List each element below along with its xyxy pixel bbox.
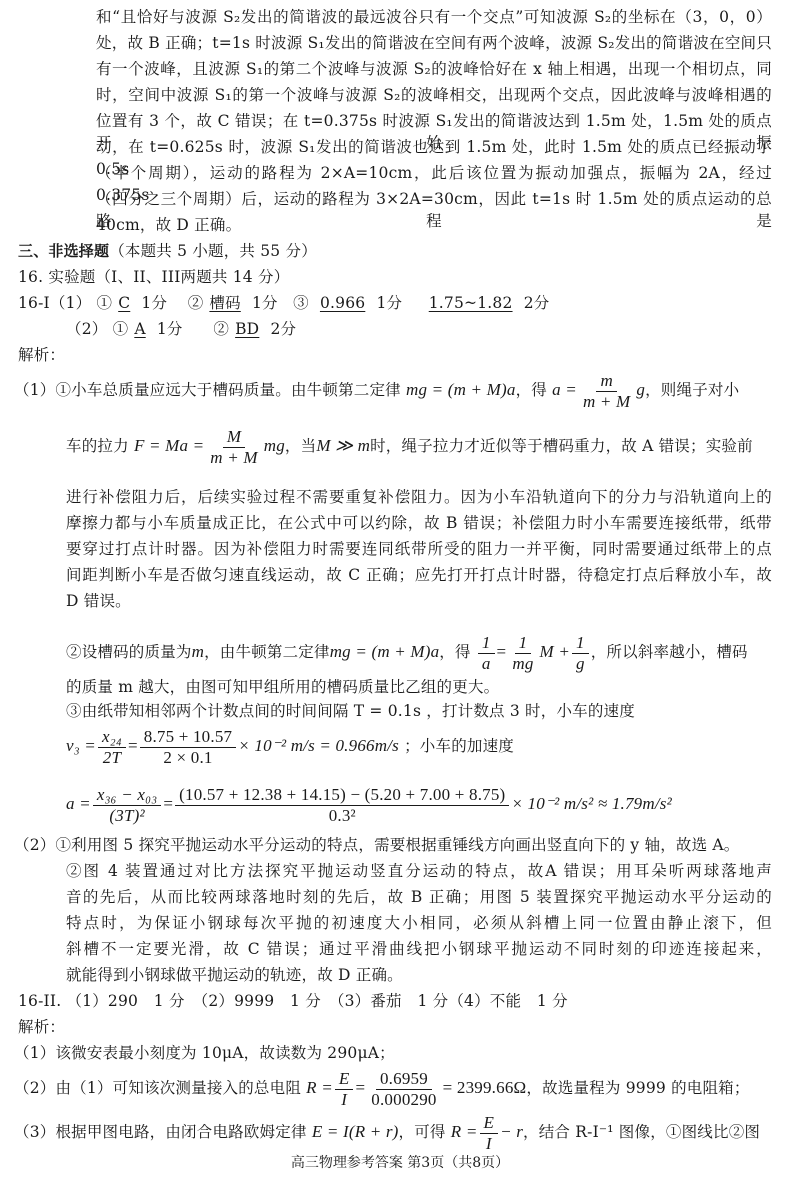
answer-value: 槽码 (203, 294, 246, 312)
text: ，结合 R-I⁻¹ 图像，①图线比②图 (523, 1123, 760, 1141)
text: （1）①小车总质量应远大于槽码质量。由牛顿第二定律 (14, 381, 401, 399)
equation: a =mm + Mg (552, 380, 645, 399)
variable: m (192, 642, 204, 661)
text: ，故选量程为 9999 的电阻箱； (526, 1079, 749, 1097)
text: 车的拉力 (66, 437, 129, 455)
text-line: 间距判断小车是否做匀速直线运动，故 C 正确；应先打开打点计时器，待稳定打点后释… (66, 564, 772, 586)
answer-marker: ① (97, 294, 113, 312)
answer-marker: ② (188, 294, 204, 312)
answer-row-1: 16-I（1） ①C 1分 ②槽码 1分 ③ 0.966 1分 1.75~1.8… (18, 292, 549, 314)
equation: E = I(R + r) (312, 1122, 399, 1141)
text: 时，绳子拉力才近似等于槽码重力，故 A 错误；实验前 (370, 437, 753, 455)
text-line: 音的先后，从而比较两球落地时刻的先后，故 B 正确；用图 5 装置探究平抛运动水… (66, 886, 772, 908)
answer-label: 16-I（1） (18, 294, 91, 312)
text: ，可得 (399, 1123, 446, 1141)
equation: R =EI=0.69590.000290= 2399.66Ω (306, 1078, 526, 1097)
text-line: 40cm，故 D 正确。 (96, 214, 241, 236)
text-line: 进行补偿阻力后，后续实验过程不需要重复补偿阻力。因为小车沿轨道向下的分力与沿轨道… (66, 486, 772, 508)
text-line: 就能得到小钢球做平抛运动的轨迹，故 D 正确。 (66, 964, 403, 986)
answer-score: 1分 (376, 294, 402, 312)
analysis-label: 解析： (18, 1016, 65, 1038)
text: （3）根据甲图电路，由闭合电路欧姆定律 (14, 1123, 307, 1141)
text: ，得 (439, 643, 470, 661)
answer-row: 16-II. （1）290 1 分 （2）9999 1 分 （3）番茄 1 分（… (18, 990, 568, 1012)
text: （2）由（1）可知该次测量接入的总电阻 (14, 1079, 301, 1097)
analysis-paragraph-line: （1）①小车总质量应远大于槽码质量。由牛顿第二定律 mg = (m + M)a，… (14, 368, 739, 412)
equation: 1a=1mgM +1g (476, 642, 591, 661)
text-line: D 错误。 (66, 590, 131, 612)
analysis-label: 解析： (18, 344, 65, 366)
answer-row-2: （2） ①A 1分 ②BD 2分 (66, 318, 296, 340)
answer-value: 1.75~1.82 (423, 294, 519, 312)
equation-line: a =x₃₆ − x₀₃(3T)²=(10.57 + 12.38 + 14.15… (66, 780, 672, 828)
section-note: （本题共 5 小题，共 55 分） (109, 242, 317, 260)
text: ；小车的加速度 (404, 737, 514, 755)
answer-score: 1分 (252, 294, 278, 312)
equation: R =EI− r (451, 1122, 523, 1141)
question-heading: 16. 实验题（I、II、III两题共 14 分） (18, 266, 289, 288)
text-line: 处，故 B 正确；t=1s 时波源 S₁发出的简谐波在空间有两个波峰，波源 S₂… (96, 32, 772, 54)
text-line: 斜槽不一定要光滑，故 C 错误；通过平滑曲线把小钢球平抛运动不同时刻的印迹连接起… (66, 938, 772, 960)
analysis-paragraph-line: （3）根据甲图电路，由闭合电路欧姆定律 E = I(R + r)，可得 R =E… (14, 1110, 760, 1154)
text: ，当 (285, 437, 316, 455)
equation: F = Ma =Mm + Mmg (134, 436, 285, 455)
answer-score: 1分 (157, 320, 183, 338)
text-line: ②图 4 装置通过对比方法探究平抛运动竖直分运动的特点，故A 错误；用耳朵听两球… (66, 860, 772, 882)
answer-score: 2分 (270, 320, 296, 338)
answer-label: （2） (66, 320, 107, 338)
answer-marker: ① (113, 320, 129, 338)
text-line: 和“且恰好与波源 S₂发出的简谐波的最远波谷只有一个交点”可知波源 S₂的坐标在… (96, 6, 772, 28)
text-line: 特点时，为保证小钢球每次平抛的初速度大小相同，必须从斜槽上同一位置由静止滚下，但 (66, 912, 772, 934)
text: ，由牛顿第二定律 (204, 643, 330, 661)
text-line: 时，空间中波源 S₁的第一个波峰与波源 S₂的波峰相交，出现两个交点，因此波峰与… (96, 84, 772, 106)
text-line: 要穿过打点计时器。因为补偿阻力时需要连同纸带所受的阻力一并平衡，同时需要通过纸带… (66, 538, 772, 560)
analysis-paragraph-line: 车的拉力 F = Ma =Mm + Mmg，当M ≫ m时，绳子拉力才近似等于槽… (66, 424, 753, 468)
analysis-paragraph-line: （2）由（1）可知该次测量接入的总电阻 R =EI=0.69590.000290… (14, 1066, 750, 1110)
answer-marker: ③ (293, 294, 309, 312)
answer-value: C (112, 294, 136, 312)
answer-value: BD (229, 320, 265, 338)
answer-marker: ② (213, 320, 229, 338)
text: ，则绳子对小 (645, 381, 739, 399)
document-page: 和“且恰好与波源 S₂发出的简谐波的最远波谷只有一个交点”可知波源 S₂的坐标在… (0, 0, 800, 1194)
analysis-paragraph-line: ②设槽码的质量为m，由牛顿第二定律mg = (m + M)a，得 1a=1mgM… (66, 630, 748, 674)
text: ②设槽码的质量为 (66, 643, 192, 661)
text-line: 摩擦力都与小车质量成正比，在公式中可以约除，故 B 错误；补偿阻力时小车需要连接… (66, 512, 772, 534)
answer-score: 1分 (141, 294, 167, 312)
text-line: 有一个波峰，且波源 S₁的第二个波峰与波源 S₂的波峰恰好在 x 轴上相遇，出现… (96, 58, 772, 80)
equation: a =x₃₆ − x₀₃(3T)²=(10.57 + 12.38 + 14.15… (66, 794, 672, 813)
equation: mg = (m + M)a (406, 380, 516, 399)
text-line: ③由纸带知相邻两个计数点间的时间间隔 T = 0.1s ，打计数点 3 时，小车… (66, 700, 635, 722)
equation-line: v₃ =x₂₄2T=8.75 + 10.572 × 0.1× 10⁻² m/s … (66, 724, 514, 768)
text: ，所以斜率越小，槽码 (591, 643, 748, 661)
text: ，得 (516, 381, 547, 399)
answer-value: A (128, 320, 151, 338)
equation: v₃ =x₂₄2T=8.75 + 10.572 × 0.1× 10⁻² m/s … (66, 736, 399, 755)
equation: mg = (m + M)a (330, 642, 440, 661)
answer-score: 2分 (524, 294, 550, 312)
section-heading: 三、非选择题（本题共 5 小题，共 55 分） (18, 240, 317, 262)
text-line: （2）①利用图 5 探究平抛运动水平分运动的特点，需要根据重锤线方向画出竖直向下… (14, 834, 740, 856)
text-line: 的质量 m 越大，由图可知甲组所用的槽码质量比乙组的更大。 (66, 676, 499, 698)
page-footer: 高三物理参考答案 第3页（共8页） (0, 1152, 800, 1172)
text-line: （1）该微安表最小刻度为 10μA，故读数为 290μA； (14, 1042, 395, 1064)
equation: M ≫ m (316, 436, 370, 455)
answer-value: 0.966 (314, 294, 371, 312)
section-title: 三、非选择题 (18, 242, 109, 260)
